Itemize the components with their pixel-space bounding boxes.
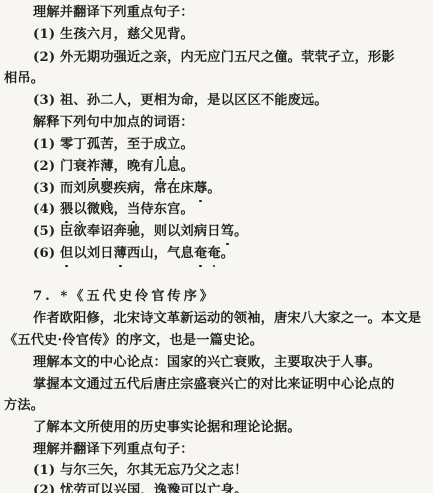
section-7-intro: 作者欧阳修，北宋诗文革新运动的领袖，唐宋八大家之一。本文是 <box>33 310 429 328</box>
text-segment: 。 <box>207 181 220 196</box>
section-7-intro-continued: 《五代史·伶官传》的序文，也是一篇史论。 <box>4 332 429 350</box>
word-item-3: (3) 而刘夙婴疾病，常在床蓐。 <box>33 180 429 198</box>
emphasized-character: 奄 <box>194 245 207 263</box>
emphasized-character: 当 <box>127 201 140 219</box>
text-segment: 。 <box>221 246 234 261</box>
text-segment: (1) 零丁孤苦，至于 <box>33 137 154 152</box>
section-7-point-2-continued: 方法。 <box>4 397 429 415</box>
text-segment: 。 <box>181 159 194 174</box>
text-segment: 以刘日 <box>73 246 113 261</box>
emphasized-character: 奄 <box>207 245 220 263</box>
emphasized-character: 祚 <box>87 158 100 176</box>
text-segment: 疾病，常在床 <box>114 181 194 196</box>
emphasized-character: 但 <box>60 245 73 263</box>
word-item-6: (6) 但以刘日薄西山，气息奄奄。 <box>33 245 429 263</box>
word-item-4: (4) 猥以微贱，当侍东宫。 <box>33 201 429 219</box>
text-segment: ，晚有 <box>114 159 154 174</box>
emphasized-character: 薄 <box>114 245 127 263</box>
emphasized-character: 笃 <box>221 223 234 241</box>
section-7-point-3: 了解本文所使用的历史事实论据和理论论据。 <box>33 419 429 437</box>
word-item-5: (5) 臣欲奉诏奔驰，则以刘病日笃。 <box>33 223 429 241</box>
emphasized-character: 儿 <box>154 158 167 176</box>
section-7-title: 7. *《五代史伶官传序》 <box>33 288 429 306</box>
text-segment: 西山，气息 <box>127 246 194 261</box>
section-7-translate-heading: 理解并翻译下列重点句子： <box>33 441 429 459</box>
textbook-page: 理解并翻译下列重点句子： (1) 生孩六月，慈父见背。 (2) 外无期功强近之亲… <box>0 0 433 493</box>
section-7-sentence-2: (2) 忧劳可以兴国，逸豫可以亡身。 <box>33 482 429 493</box>
translate-heading: 理解并翻译下列重点句子： <box>33 4 429 22</box>
word-item-2: (2) 门衰祚薄，晚有儿息。 <box>33 158 429 176</box>
emphasized-character: 薄 <box>100 158 113 176</box>
text-segment: 侍东宫。 <box>140 202 194 217</box>
section-7-sentence-1: (1) 与尔三矢，尔其无忘乃父之志！ <box>33 462 429 480</box>
text-segment: 。 <box>181 137 194 152</box>
text-segment: (4) <box>33 202 60 217</box>
word-item-1: (1) 零丁孤苦，至于成立。 <box>33 136 429 154</box>
text-segment: (5) 臣欲奉诏奔驰，则以刘病日 <box>33 224 221 239</box>
section-7-point-2: 掌握本文通过五代后唐庄宗盛衰兴亡的对比来证明中心论点的 <box>33 376 429 394</box>
emphasized-character: 成 <box>154 136 167 154</box>
emphasized-character: 息 <box>167 158 180 176</box>
sentence-2: (2) 外无期功强近之亲，内无应门五尺之僮。茕茕孑立，形影 <box>33 49 429 67</box>
emphasized-character: 蓐 <box>194 180 207 198</box>
sentence-3: (3) 祖、孙二人，更相为命，是以区区不能废远。 <box>33 92 429 110</box>
emphasized-character: 立 <box>167 136 180 154</box>
sentence-1: (1) 生孩六月，慈父见背。 <box>33 26 429 44</box>
emphasized-character: 猥 <box>60 201 73 219</box>
section-7-point-1: 理解本文的中心论点：国家的兴亡衰败，主要取决于人事。 <box>33 354 429 372</box>
text-segment: 。 <box>234 224 247 239</box>
text-segment: (3) 而刘夙 <box>33 181 100 196</box>
emphasized-character: 以 <box>73 201 86 219</box>
text-segment: (6) <box>33 246 60 261</box>
text-segment: 微贱， <box>87 202 127 217</box>
emphasized-character: 婴 <box>100 180 113 198</box>
sentence-2-continued: 相吊。 <box>4 70 429 88</box>
words-heading: 解释下列句中加点的词语： <box>33 114 429 132</box>
text-segment: (2) 门衰 <box>33 159 87 174</box>
